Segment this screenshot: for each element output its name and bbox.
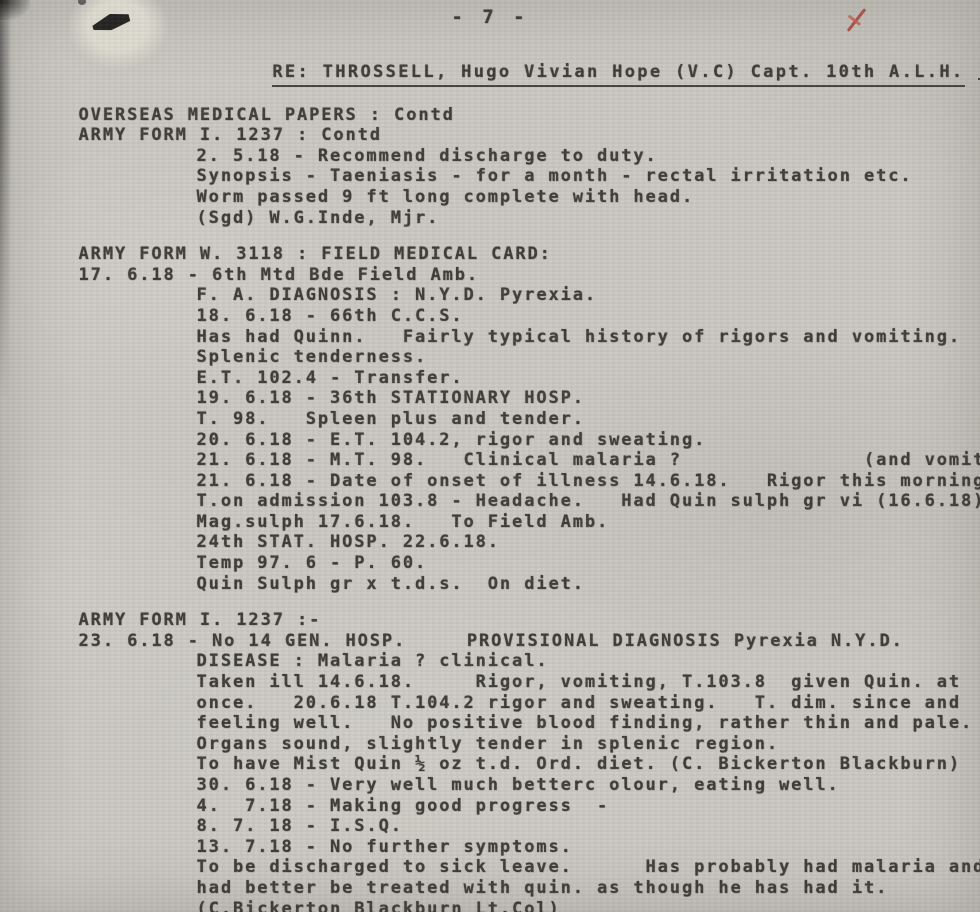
line-text: E.T. 102.4 - Transfer. — [197, 368, 464, 388]
line-text: To be discharged to sick leave. Has prob… — [197, 857, 980, 877]
line-text: ARMY FORM W. 3118 : FIELD MEDICAL CARD: — [79, 244, 552, 264]
document-line: E.T. 102.4 - Transfer. — [0, 347, 980, 368]
document-line: 13. 7.18 - No further symptoms. — [0, 816, 980, 837]
line-text: had better be treated with quin. as thou… — [197, 878, 889, 898]
line-text: 23. 6.18 - No 14 GEN. HOSP. PROVISIONAL … — [79, 631, 904, 651]
line-text: DISEASE : Malaria ? clinical. — [197, 651, 549, 671]
line-text: feeling well. No positive blood finding,… — [197, 713, 974, 733]
line-text: T. 98. Spleen plus and tender. — [197, 409, 585, 429]
line-text: 8. 7. 18 - I.S.Q. — [197, 816, 403, 836]
line-text: 17. 6.18 - 6th Mtd Bde Field Amb. — [79, 265, 479, 285]
line-text: T.on admission 103.8 - Headache. Had Qui… — [197, 491, 980, 511]
line-text: Organs sound, slightly tender in splenic… — [197, 734, 779, 754]
line-text: once. 20.6.18 T.104.2 rigor and sweating… — [197, 693, 962, 713]
line-text: 2. 5.18 - Recommend discharge to duty. — [197, 146, 658, 166]
line-text: F. A. DIAGNOSIS : N.Y.D. Pyrexia. — [197, 285, 597, 305]
line-text: OVERSEAS MEDICAL PAPERS : Contd — [79, 105, 455, 125]
document-line: Quin Sulph gr x t.d.s. On diet. — [0, 553, 980, 574]
line-text: 20. 6.18 - E.T. 104.2, rigor and sweatin… — [197, 430, 707, 450]
line-text: Mag.sulph 17.6.18. To Field Amb. — [197, 512, 610, 532]
document-line: Has had Quinn. Fairly typical history of… — [0, 306, 980, 327]
document-line: 19. 6.18 - 36th STATIONARY HOSP. — [0, 368, 980, 389]
scanned-document-page: - 7 - RE: THROSSELL, Hugo Vivian Hope (V… — [0, 0, 980, 912]
document-line: ARMY FORM W. 3118 : FIELD MEDICAL CARD: — [0, 224, 980, 245]
line-text: 21. 6.18 - Date of onset of illness 14.6… — [197, 471, 980, 491]
document-section: ARMY FORM W. 3118 : FIELD MEDICAL CARD: … — [0, 224, 980, 574]
line-text: 19. 6.18 - 36th STATIONARY HOSP. — [197, 388, 585, 408]
line-text: Temp 97. 6 - P. 60. — [197, 553, 428, 573]
line-text: Quin Sulph gr x t.d.s. On diet. — [197, 574, 585, 594]
document-body: OVERSEAS MEDICAL PAPERS : Contd ARMY FOR… — [0, 84, 980, 899]
line-text: Splenic tenderness. — [197, 347, 428, 367]
document-line: OVERSEAS MEDICAL PAPERS : Contd — [0, 84, 980, 105]
line-text: (C.Bickerton Blackburn Lt.Col) — [197, 899, 561, 912]
line-text: (Sgd) W.G.Inde, Mjr. — [197, 208, 440, 228]
line-text: 24th STAT. HOSP. 22.6.18. — [197, 532, 500, 552]
line-text: To have Mist Quin ½ oz t.d. Ord. diet. (… — [197, 754, 962, 774]
line-text: 18. 6.18 - 66th C.C.S. — [197, 306, 464, 326]
line-text: Worm passed 9 ft long complete with head… — [197, 187, 695, 207]
line-text: Has had Quinn. Fairly typical history of… — [197, 327, 962, 347]
line-text: ARMY FORM I. 1237 :- — [79, 610, 322, 630]
line-text: Synopsis - Taeniasis - for a month - rec… — [197, 166, 913, 186]
document-section: ARMY FORM I. 1237 :- 23. 6.18 - No 14 GE… — [0, 590, 980, 899]
document-section: OVERSEAS MEDICAL PAPERS : Contd ARMY FOR… — [0, 84, 980, 208]
line-text: Taken ill 14.6.18. Rigor, vomiting, T.10… — [197, 672, 962, 692]
line-text: 21. 6.18 - M.T. 98. Clinical malaria ? (… — [197, 450, 980, 470]
line-text: ARMY FORM I. 1237 : Contd — [79, 125, 382, 145]
line-text: 30. 6.18 - Very well much betterc olour,… — [197, 775, 840, 795]
page-number: - 7 - — [0, 6, 980, 28]
line-text: 4. 7.18 - Making good progress - — [197, 796, 610, 816]
line-text: 13. 7.18 - No further symptoms. — [197, 837, 573, 857]
